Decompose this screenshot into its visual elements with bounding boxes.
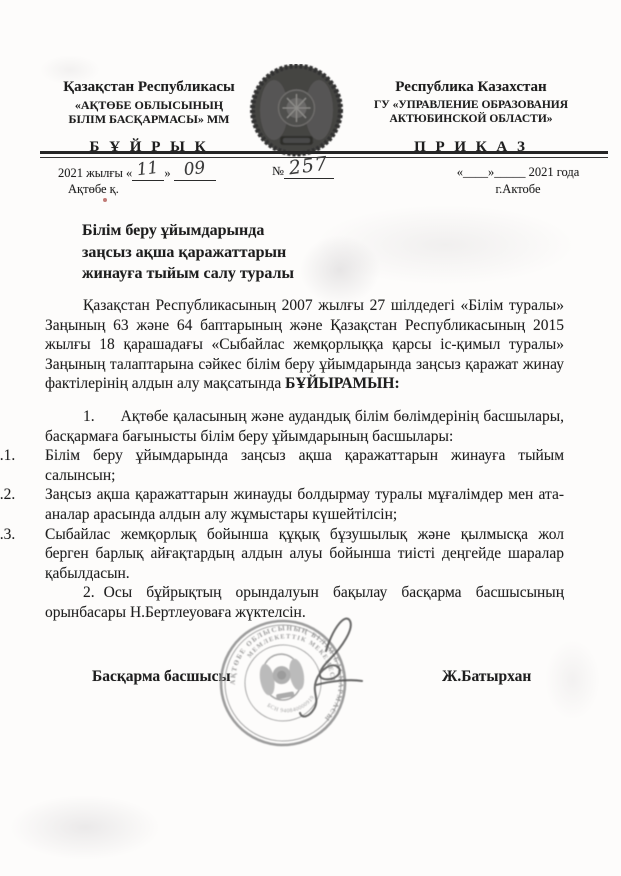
round-seal-stamp: АҚТӨБЕ ОБЛЫСЫНЫҢ БІЛІМ БАСҚАРМАСЫ МЕМЛЕК… xyxy=(204,607,372,764)
handwritten-month: 09 xyxy=(183,162,206,177)
order-item-1-2: 1.2.Заңсыз ақша қаражаттарын жинауды бол… xyxy=(45,485,564,524)
header-kazakh: Қазақстан Республикасы «АҚТӨБЕ ОБЛЫСЫНЫҢ… xyxy=(38,80,260,155)
handwritten-day: 11 xyxy=(137,162,160,177)
item-text: Ақтөбе қаласының және аудандық білім бөл… xyxy=(45,408,564,445)
directive-word: БҰЙЫРАМЫН: xyxy=(285,375,399,392)
preamble-paragraph: Қазақстан Республикасының 2007 жылғы 27 … xyxy=(45,296,564,394)
title-line-3: жинауға тыйым салу туралы xyxy=(82,263,294,285)
org-name-ru-line2: АКТЮБИНСКОЙ ОБЛАСТИ» xyxy=(352,112,590,126)
number-sign: № xyxy=(272,164,284,178)
city-kk: Ақтөбе қ. xyxy=(68,182,119,197)
scan-smudge xyxy=(300,235,380,305)
org-name-kk-line2: БІЛІМ БАСҚАРМАСЫ» ММ xyxy=(38,112,260,126)
number-blank: 257 xyxy=(284,162,334,179)
header-russian: Республика Казахстан ГУ «УПРАВЛЕНИЕ ОБРА… xyxy=(352,80,590,155)
date-day-blank: 11 xyxy=(132,165,164,181)
item-text: Заңсыз ақша қаражаттарын жинауды болдырм… xyxy=(45,486,564,523)
org-name-kk-line1: «АҚТӨБЕ ОБЛЫСЫНЫҢ xyxy=(38,98,260,112)
order-item-1-3: 1.3.Сыбайлас жемқорлық бойынша құқық бұз… xyxy=(45,525,564,584)
date-ru: «____»_____ 2021 года xyxy=(438,165,598,180)
date-quote-close: » xyxy=(164,166,170,180)
item-number: 1.2. xyxy=(0,485,15,505)
scan-smudge xyxy=(315,205,575,285)
seal-emblem-icon xyxy=(256,651,307,704)
item-number: 1.3. xyxy=(0,525,15,545)
title-line-2: заңсыз ақша қаражаттарын xyxy=(82,242,294,264)
date-prefix-kk: 2021 жылғы « xyxy=(58,166,132,180)
order-number: №257 xyxy=(272,162,334,179)
item-number: 1.1. xyxy=(0,446,15,466)
date-kk: 2021 жылғы «11» 09 xyxy=(58,165,216,181)
item-text: Сыбайлас жемқорлық бойынша құқық бұзушыл… xyxy=(45,526,564,582)
order-body: Қазақстан Республикасының 2007 жылғы 27 … xyxy=(45,296,564,623)
order-item-1-1: 1.1.Білім беру ұйымдарында заңсыз ақша қ… xyxy=(45,446,564,485)
ink-speck xyxy=(103,198,107,202)
org-name-ru-line1: ГУ «УПРАВЛЕНИЕ ОБРАЗОВАНИЯ xyxy=(352,98,590,112)
order-item-1: 1.Ақтөбе қаласының және аудандық білім б… xyxy=(45,407,564,446)
scan-smudge xyxy=(545,640,600,720)
title-line-1: Білім беру ұйымдарында xyxy=(82,220,294,242)
item-text: Білім беру ұйымдарында заңсыз ақша қараж… xyxy=(45,447,564,484)
order-title: Білім беру ұйымдарында заңсыз ақша қараж… xyxy=(82,220,294,285)
signatory-name: Ж.Батырхан xyxy=(442,668,531,686)
kazakhstan-state-emblem-icon xyxy=(247,64,346,164)
city-ru: г.Актобе xyxy=(438,182,598,197)
item-number: 1. xyxy=(83,408,95,425)
scan-smudge xyxy=(10,795,160,860)
item-number: 2. xyxy=(83,584,95,601)
date-month-blank: 09 xyxy=(174,165,216,181)
country-name-ru: Республика Казахстан xyxy=(352,80,590,95)
handwritten-number: 257 xyxy=(288,158,328,175)
scanned-order-document: Қазақстан Республикасы «АҚТӨБЕ ОБЛЫСЫНЫҢ… xyxy=(0,0,621,876)
country-name-kk: Қазақстан Республикасы xyxy=(38,80,260,95)
